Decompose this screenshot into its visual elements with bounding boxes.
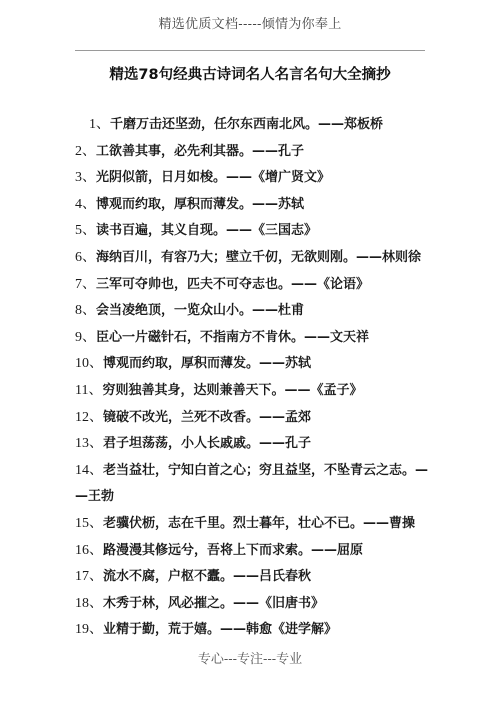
item-number: 2、 xyxy=(75,144,96,159)
item-text: 光阴似箭，日月如梭。——《增广贤文》 xyxy=(96,170,330,185)
item-number: 4、 xyxy=(75,197,96,212)
item-text: 木秀于林，风必摧之。——《旧唐书》 xyxy=(103,596,324,611)
list-item: 5、读书百遍，其义自现。——《三国志》 xyxy=(75,218,435,245)
header-divider xyxy=(75,50,425,51)
item-number: 6、 xyxy=(75,250,96,265)
list-item: 4、博观而约取，厚积而薄发。——苏轼 xyxy=(75,192,435,219)
list-item: 9、臣心一片磁针石，不指南方不肯休。——文天祥 xyxy=(75,325,435,352)
page-footer: 专心---专注---专业 xyxy=(0,648,500,667)
item-text: 千磨万击还坚劲，任尔东西南北风。——郑板桥 xyxy=(110,117,383,132)
list-item: 19、业精于勤，荒于嬉。——韩愈《进学解》 xyxy=(75,617,435,644)
item-number: 5、 xyxy=(75,223,96,238)
item-number: 17、 xyxy=(75,569,103,584)
list-item: 7、三军可夺帅也，匹夫不可夺志也。——《论语》 xyxy=(75,272,435,299)
list-item: 14、老当益壮，宁知白首之心；穷且益坚，不坠青云之志。— xyxy=(75,458,435,485)
item-text: 穷则独善其身，达则兼善天下。——《孟子》 xyxy=(102,383,362,398)
item-number: 7、 xyxy=(75,277,96,292)
list-item: 11、穷则独善其身，达则兼善天下。——《孟子》 xyxy=(75,378,435,405)
item-number: 9、 xyxy=(75,330,96,345)
list-item: 10、博观而约取，厚积而薄发。——苏轼 xyxy=(75,351,435,378)
list-item-continuation: —王勃 xyxy=(75,484,435,511)
item-number: 19、 xyxy=(75,622,103,637)
quote-list: 1、千磨万击还坚劲，任尔东西南北风。——郑板桥 2、工欲善其事，必先利其器。——… xyxy=(75,112,435,644)
item-number: 3、 xyxy=(75,170,96,185)
item-number: 10、 xyxy=(75,356,103,371)
item-text: 海纳百川，有容乃大；壁立千仞，无欲则刚。——林则徐 xyxy=(96,250,421,265)
item-text: 三军可夺帅也，匹夫不可夺志也。——《论语》 xyxy=(96,277,369,292)
item-number: 12、 xyxy=(75,410,103,425)
item-text: 业精于勤，荒于嬉。——韩愈《进学解》 xyxy=(103,622,337,637)
list-item: 2、工欲善其事，必先利其器。——孔子 xyxy=(75,139,435,166)
list-item: 3、光阴似箭，日月如梭。——《增广贤文》 xyxy=(75,165,435,192)
item-text: 博观而约取，厚积而薄发。——苏轼 xyxy=(96,197,304,212)
item-text: —王勃 xyxy=(75,489,114,504)
item-number: 11、 xyxy=(75,383,102,398)
item-text: 镜破不改光，兰死不改香。——孟郊 xyxy=(103,410,311,425)
item-text: 工欲善其事，必先利其器。——孔子 xyxy=(96,144,304,159)
item-number: 15、 xyxy=(75,516,103,531)
item-text: 流水不腐，户枢不蠹。——吕氏春秋 xyxy=(103,569,311,584)
item-text: 路漫漫其修远兮，吾将上下而求索。——屈原 xyxy=(103,543,363,558)
list-item: 1、千磨万击还坚劲，任尔东西南北风。——郑板桥 xyxy=(75,112,435,139)
item-text: 读书百遍，其义自现。——《三国志》 xyxy=(96,223,317,238)
document-title: 精选78句经典古诗词名人名言名句大全摘抄 xyxy=(0,63,500,84)
list-item: 18、木秀于林，风必摧之。——《旧唐书》 xyxy=(75,591,435,618)
item-number: 1、 xyxy=(89,117,110,132)
list-item: 8、会当凌绝顶，一览众山小。——杜甫 xyxy=(75,298,435,325)
item-text: 臣心一片磁针石，不指南方不肯休。——文天祥 xyxy=(96,330,369,345)
list-item: 15、老骥伏枥，志在千里。烈士暮年，壮心不已。——曹操 xyxy=(75,511,435,538)
list-item: 13、君子坦荡荡，小人长戚戚。——孔子 xyxy=(75,431,435,458)
list-item: 6、海纳百川，有容乃大；壁立千仞，无欲则刚。——林则徐 xyxy=(75,245,435,272)
item-number: 16、 xyxy=(75,543,103,558)
page-header: 精选优质文档-----倾情为你奉上 xyxy=(0,13,500,32)
list-item: 12、镜破不改光，兰死不改香。——孟郊 xyxy=(75,405,435,432)
item-text: 君子坦荡荡，小人长戚戚。——孔子 xyxy=(103,436,311,451)
item-number: 13、 xyxy=(75,436,103,451)
item-number: 8、 xyxy=(75,303,96,318)
item-number: 14、 xyxy=(75,463,103,478)
list-item: 17、流水不腐，户枢不蠹。——吕氏春秋 xyxy=(75,564,435,591)
item-text: 博观而约取，厚积而薄发。——苏轼 xyxy=(103,356,311,371)
item-text: 会当凌绝顶，一览众山小。——杜甫 xyxy=(96,303,304,318)
item-text: 老当益壮，宁知白首之心；穷且益坚，不坠青云之志。— xyxy=(103,463,428,478)
item-text: 老骥伏枥，志在千里。烈士暮年，壮心不已。——曹操 xyxy=(103,516,415,531)
list-item: 16、路漫漫其修远兮，吾将上下而求索。——屈原 xyxy=(75,538,435,565)
item-number: 18、 xyxy=(75,596,103,611)
